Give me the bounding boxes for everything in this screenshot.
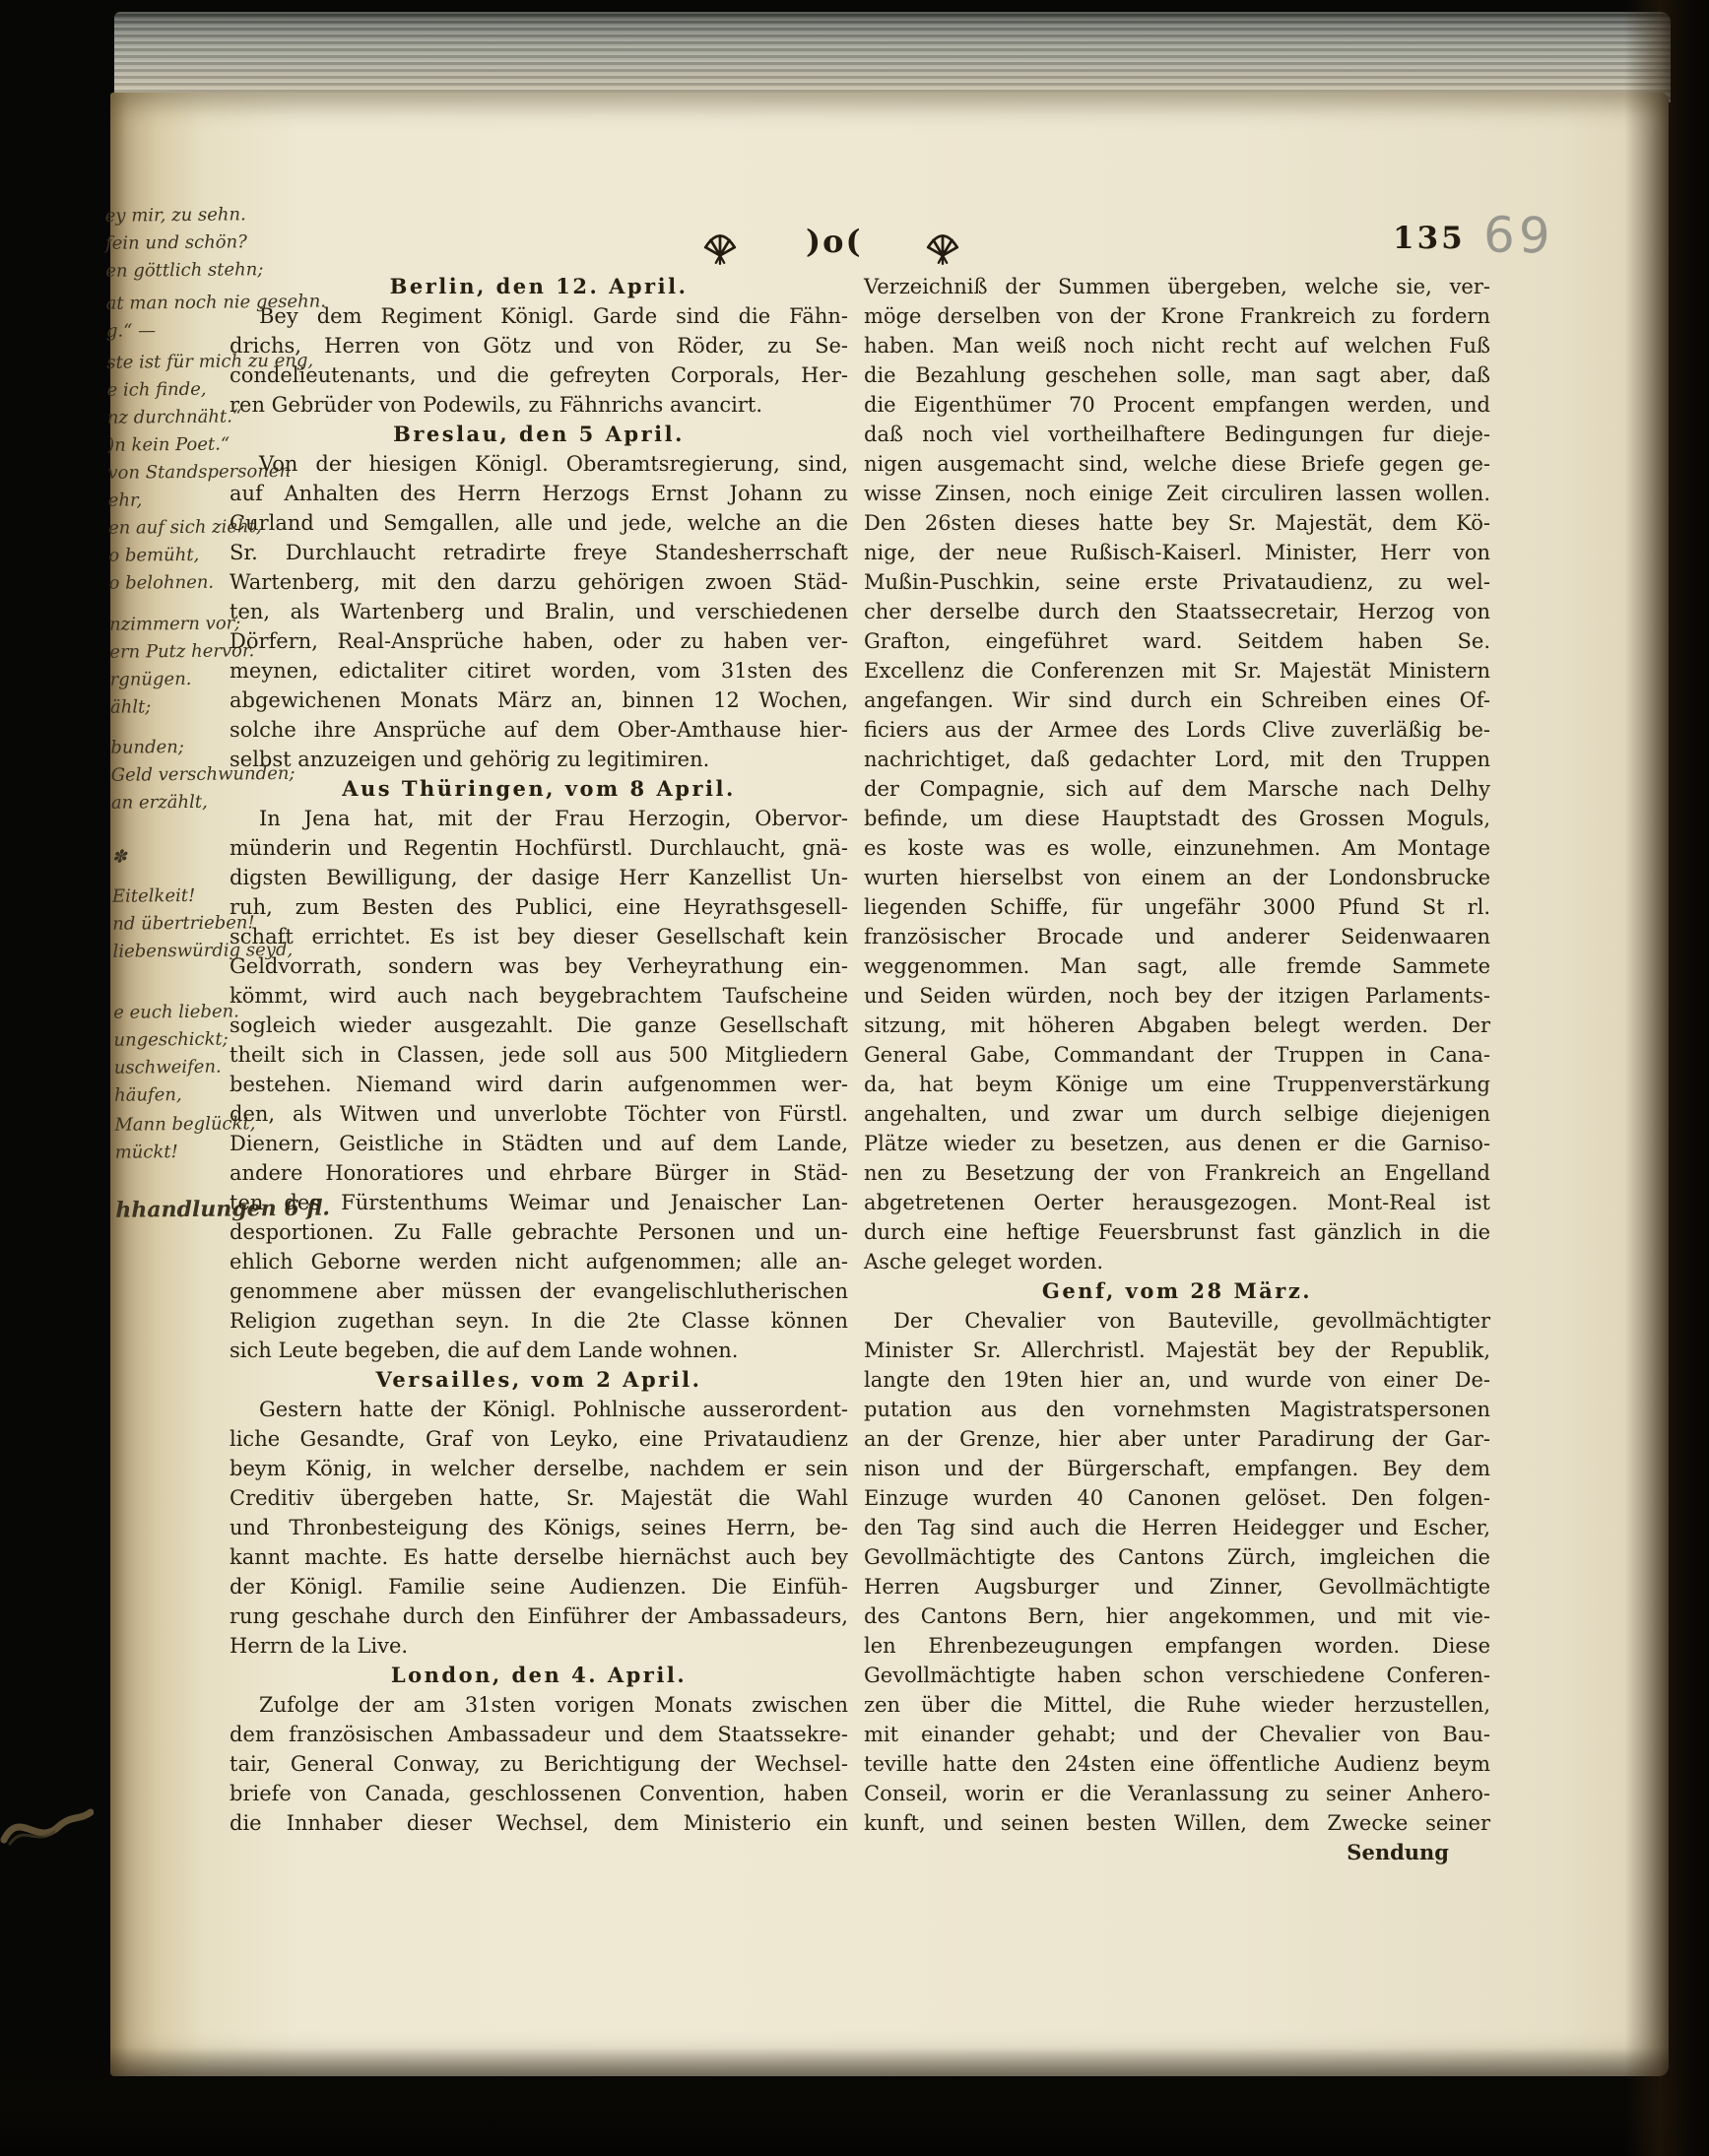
- text-line: befinde, um diese Hauptstadt des Grossen…: [864, 804, 1490, 833]
- dateline-heading: Breslau, den 5 April.: [230, 420, 848, 449]
- text-line: len Ehrenbezeugungen empfangen worden. D…: [864, 1631, 1490, 1661]
- margin-fragment: ey mir, zu sehn.: [105, 201, 253, 230]
- text-line: nison und der Bürgerschaft, empfangen. B…: [864, 1454, 1490, 1483]
- text-line: ten des Fürstenthums Weimar und Jenaisch…: [230, 1188, 848, 1217]
- text-line: ren Gebrüder von Podewils, zu Fähnrichs …: [230, 390, 848, 420]
- text-line: Minister Sr. Allerchristl. Majestät bey …: [864, 1336, 1490, 1365]
- scanned-newspaper-page: )o( 135 69 ey mir, zu sehn.fein und schö…: [0, 0, 1709, 2156]
- text-line: sogleich wieder ausgezahlt. Die ganze Ge…: [230, 1011, 848, 1040]
- text-line: Sr. Durchlaucht retradirte freye Standes…: [230, 538, 848, 567]
- catchword: Sendung: [864, 1838, 1490, 1867]
- text-line: Den 26sten dieses hatte bey Sr. Majestät…: [864, 508, 1490, 538]
- shell-ornament-icon: [699, 225, 741, 266]
- text-line: Plätze wieder zu besetzen, aus denen er …: [864, 1129, 1490, 1158]
- text-line: Gestern hatte der Königl. Pohlnische aus…: [230, 1395, 848, 1424]
- text-line: haben. Man weiß noch nicht recht auf wel…: [864, 331, 1490, 360]
- text-line: Conseil, worin er die Veranlassung zu se…: [864, 1779, 1490, 1808]
- header-ornament-center: )o(: [806, 223, 863, 260]
- text-line: dem französischen Ambassadeur und dem St…: [230, 1720, 848, 1749]
- text-line: da, hat beym Könige um eine Truppenverst…: [864, 1070, 1490, 1099]
- text-line: des Cantons Bern, hier angekommen, und m…: [864, 1601, 1490, 1631]
- text-line: Herren Augsburger und Zinner, Gevollmäch…: [864, 1572, 1490, 1601]
- text-line: meynen, edictaliter citiret worden, vom …: [230, 656, 848, 686]
- text-line: Curland und Semgallen, alle und jede, we…: [230, 508, 848, 538]
- text-line: Mußin-Puschkin, seine erste Privataudien…: [864, 567, 1490, 597]
- text-line: Excellenz die Conferenzen mit Sr. Majest…: [864, 656, 1490, 686]
- text-line: In Jena hat, mit der Frau Herzogin, Ober…: [230, 804, 848, 833]
- text-line: auf Anhalten des Herrn Herzogs Ernst Joh…: [230, 479, 848, 508]
- text-line: Religion zugethan seyn. In die 2te Class…: [230, 1306, 848, 1336]
- text-line: General Gabe, Commandant der Truppen in …: [864, 1040, 1490, 1070]
- text-line: andere Honoratiores und ehrbare Bürger i…: [230, 1158, 848, 1188]
- text-line: Zufolge der am 31sten vorigen Monats zwi…: [230, 1690, 848, 1720]
- text-line: putation aus den vornehmsten Magistratsp…: [864, 1395, 1490, 1424]
- text-line: an der Grenze, hier aber unter Paradirun…: [864, 1424, 1490, 1454]
- text-line: beym König, in welcher derselbe, nachdem…: [230, 1454, 848, 1483]
- text-line: ruh, zum Besten des Publici, eine Heyrat…: [230, 892, 848, 922]
- text-line: den, als Witwen und unverlobte Töchter v…: [230, 1099, 848, 1129]
- text-line: die Innhaber dieser Wechsel, dem Ministe…: [230, 1808, 848, 1838]
- text-line: möge derselben von der Krone Frankreich …: [864, 301, 1490, 331]
- news-paragraph: Verzeichniß der Summen übergeben, welche…: [864, 272, 1490, 1276]
- text-columns: Berlin, den 12. April.Bey dem Regiment K…: [230, 272, 1490, 1867]
- text-line: angehalten, und zwar um durch selbige di…: [864, 1099, 1490, 1129]
- text-line: teville hatte den 24sten eine öffentlich…: [864, 1749, 1490, 1779]
- text-line: briefe von Canada, geschlossenen Convent…: [230, 1779, 848, 1808]
- text-line: weggenommen. Man sagt, alle fremde Samme…: [864, 951, 1490, 981]
- book-top-page-edges: [114, 12, 1671, 102]
- text-line: nigen ausgemacht sind, welche diese Brie…: [864, 449, 1490, 479]
- text-line: genommene aber müssen der evangelischlut…: [230, 1276, 848, 1306]
- text-line: Von der hiesigen Königl. Oberamtsregieru…: [230, 449, 848, 479]
- text-line: abgetretenen Oerter herausgezogen. Mont-…: [864, 1188, 1490, 1217]
- text-line: selbst anzuzeigen und gehörig zu legitim…: [230, 745, 848, 774]
- text-line: abgewichenen Monats März an, binnen 12 W…: [230, 686, 848, 715]
- text-line: rung geschahe durch den Einführer der Am…: [230, 1601, 848, 1631]
- text-line: Gevollmächtigte haben schon verschiedene…: [864, 1661, 1490, 1690]
- scan-bottom-shadow: [0, 2048, 1709, 2156]
- text-line: Verzeichniß der Summen übergeben, welche…: [864, 272, 1490, 301]
- right-column: Verzeichniß der Summen übergeben, welche…: [864, 272, 1490, 1867]
- text-line: wisse Zinsen, noch einige Zeit circulire…: [864, 479, 1490, 508]
- text-line: Gevollmächtigte des Cantons Zürch, imgle…: [864, 1542, 1490, 1572]
- text-line: der Compagnie, sich auf dem Marsche nach…: [864, 774, 1490, 804]
- text-line: sitzung, mit höheren Abgaben belegt werd…: [864, 1011, 1490, 1040]
- text-line: Dienern, Geistliche in Städten und auf d…: [230, 1129, 848, 1158]
- text-line: Der Chevalier von Bauteville, gevollmäch…: [864, 1306, 1490, 1336]
- text-line: nen zu Besetzung der von Frankreich an E…: [864, 1158, 1490, 1188]
- text-line: den Tag sind auch die Herren Heidegger u…: [864, 1513, 1490, 1542]
- text-line: Grafton, eingeführet ward. Seitdem haben…: [864, 626, 1490, 656]
- text-line: theilt sich in Classen, jede soll aus 50…: [230, 1040, 848, 1070]
- text-line: desportionen. Zu Falle gebrachte Persone…: [230, 1217, 848, 1247]
- dateline-heading: Versailles, vom 2 April.: [230, 1365, 848, 1395]
- printed-page-number: 135: [1393, 221, 1466, 256]
- text-line: der Königl. Familie seine Audienzen. Die…: [230, 1572, 848, 1601]
- handwritten-folio-number: 69: [1482, 206, 1554, 264]
- scan-right-shadow: [1624, 0, 1709, 2156]
- ink-flourish: [0, 1791, 94, 1854]
- margin-fragment: fein und schön?: [105, 229, 253, 258]
- text-line: angefangen. Wir sind durch ein Schreiben…: [864, 686, 1490, 715]
- text-line: Einzuge wurden 40 Canonen gelöset. Den f…: [864, 1483, 1490, 1513]
- text-line: drichs, Herren von Götz und von Röder, z…: [230, 331, 848, 360]
- text-line: condelieutenants, und die gefreyten Corp…: [230, 360, 848, 390]
- text-line: zen über die Mittel, die Ruhe wieder her…: [864, 1690, 1490, 1720]
- text-line: kömmt, wird auch nach beygebrachtem Tauf…: [230, 981, 848, 1011]
- text-line: Bey dem Regiment Königl. Garde sind die …: [230, 301, 848, 331]
- text-line: und Thronbesteigung des Königs, seines H…: [230, 1513, 848, 1542]
- dateline-heading: London, den 4. April.: [230, 1661, 848, 1690]
- text-line: nige, der neue Rußisch-Kaiserl. Minister…: [864, 538, 1490, 567]
- text-line: Wartenberg, mit den darzu gehörigen zwoe…: [230, 567, 848, 597]
- text-line: mit einander gehabt; und der Chevalier v…: [864, 1720, 1490, 1749]
- text-line: Creditiv übergeben hatte, Sr. Majestät d…: [230, 1483, 848, 1513]
- text-line: die Eigenthümer 70 Procent empfangen wer…: [864, 390, 1490, 420]
- text-line: nachrichtiget, daß gedachter Lord, mit d…: [864, 745, 1490, 774]
- text-line: sich Leute begeben, die auf dem Lande wo…: [230, 1336, 848, 1365]
- news-paragraph: Von der hiesigen Königl. Oberamtsregieru…: [230, 449, 848, 774]
- text-line: daß noch viel vortheilhaftere Bedingunge…: [864, 420, 1490, 449]
- text-line: Geldvorrath, sondern was bey Verheyrathu…: [230, 951, 848, 981]
- text-line: digsten Bewilligung, der dasige Herr Kan…: [230, 863, 848, 892]
- text-line: wurten hierselbst von einem an der Londo…: [864, 863, 1490, 892]
- text-line: kunft, und seinen besten Willen, dem Zwe…: [864, 1808, 1490, 1838]
- text-line: ficiers aus der Armee des Lords Clive zu…: [864, 715, 1490, 745]
- text-line: ten, als Wartenberg und Bralin, und vers…: [230, 597, 848, 626]
- text-line: liche Gesandte, Graf von Leyko, eine Pri…: [230, 1424, 848, 1454]
- text-line: Herrn de la Live.: [230, 1631, 848, 1661]
- text-line: tair, General Conway, zu Berichtigung de…: [230, 1749, 848, 1779]
- text-line: französischer Brocade und anderer Seiden…: [864, 922, 1490, 951]
- dateline-heading: Berlin, den 12. April.: [230, 272, 848, 301]
- text-line: münderin und Regentin Hochfürstl. Durchl…: [230, 833, 848, 863]
- news-paragraph: In Jena hat, mit der Frau Herzogin, Ober…: [230, 804, 848, 1365]
- text-line: die Bezahlung geschehen solle, man sagt …: [864, 360, 1490, 390]
- text-line: kannt machte. Es hatte derselbe hiernäch…: [230, 1542, 848, 1572]
- text-line: cher derselbe durch den Staatssecretair,…: [864, 597, 1490, 626]
- text-line: langte den 19ten hier an, und wurde von …: [864, 1365, 1490, 1395]
- text-line: bestehen. Niemand wird darin aufgenommen…: [230, 1070, 848, 1099]
- text-line: durch eine heftige Feuersbrunst fast gän…: [864, 1217, 1490, 1247]
- text-line: Dörfern, Real-Ansprüche haben, oder zu h…: [230, 626, 848, 656]
- text-line: solche ihre Ansprüche auf dem Ober-Amtha…: [230, 715, 848, 745]
- dateline-heading: Genf, vom 28 März.: [864, 1276, 1490, 1306]
- news-paragraph: Zufolge der am 31sten vorigen Monats zwi…: [230, 1690, 848, 1838]
- text-line: liegenden Schiffe, für ungefähr 3000 Pfu…: [864, 892, 1490, 922]
- news-paragraph: Der Chevalier von Bauteville, gevollmäch…: [864, 1306, 1490, 1838]
- left-column: Berlin, den 12. April.Bey dem Regiment K…: [230, 272, 848, 1867]
- text-line: es koste was es wolle, einzunehmen. Am M…: [864, 833, 1490, 863]
- text-line: ehlich Geborne werden nicht aufgenommen;…: [230, 1247, 848, 1276]
- text-line: und Seiden würden, noch bey der itzigen …: [864, 981, 1490, 1011]
- text-line: schaft errichtet. Es ist bey dieser Gese…: [230, 922, 848, 951]
- shell-ornament-icon: [922, 225, 963, 266]
- text-line: Asche geleget worden.: [864, 1247, 1490, 1276]
- dateline-heading: Aus Thüringen, vom 8 April.: [230, 774, 848, 804]
- news-paragraph: Bey dem Regiment Königl. Garde sind die …: [230, 301, 848, 420]
- news-paragraph: Gestern hatte der Königl. Pohlnische aus…: [230, 1395, 848, 1661]
